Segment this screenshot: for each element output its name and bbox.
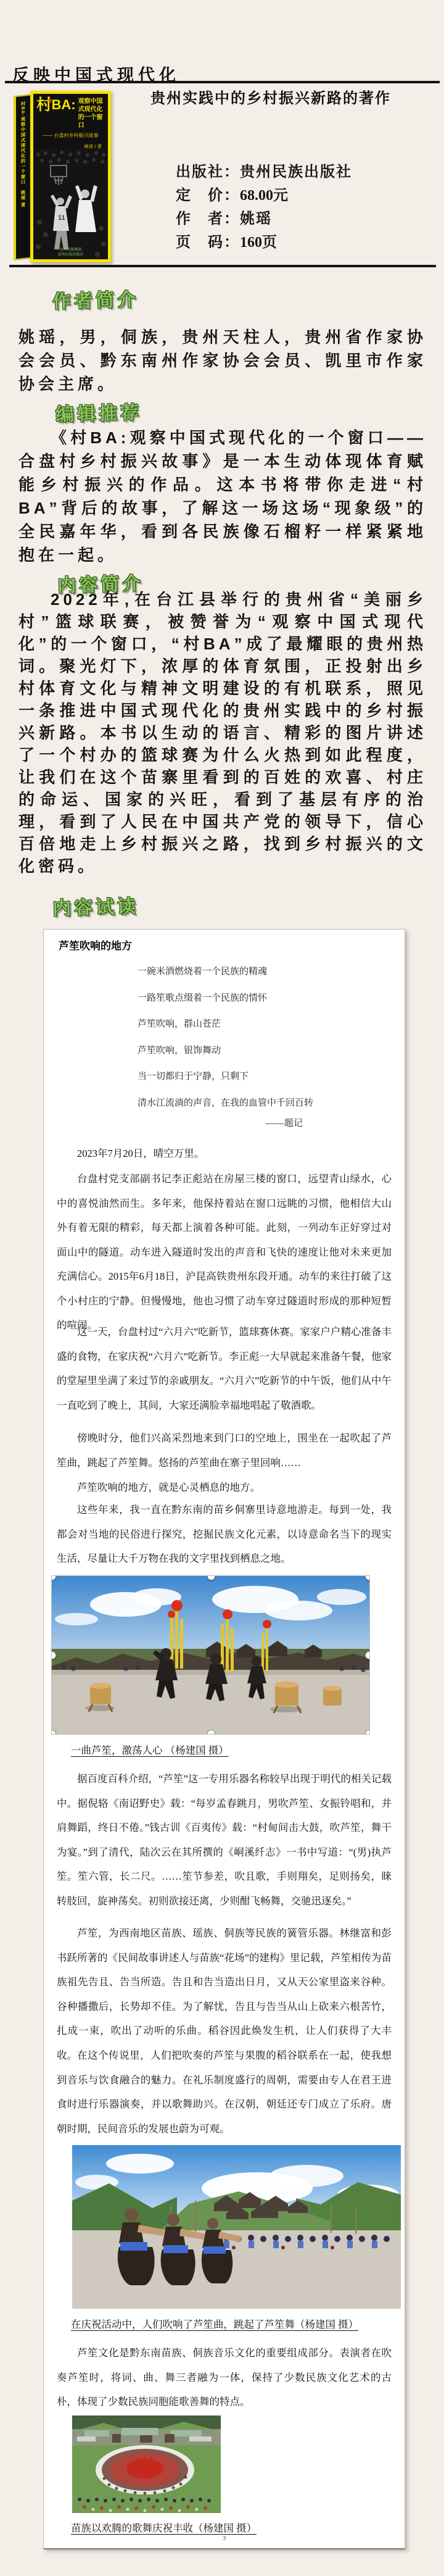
author-intro-text: 姚瑶，男，侗族，贵州天柱人，贵州省作家协会会员、黔东南州作家协会会员、凯里市作家… (18, 325, 427, 396)
publisher-logo: 贵州出版集团 贵州民族出版社 (33, 248, 108, 257)
cover-basketball-photo: 11 贵州出版集团 贵州民族出版社 (33, 148, 108, 259)
photo-caption-3: 苗族以欢腾的歌舞庆祝丰收（杨建国 摄） (71, 2520, 257, 2535)
resize-handle-bottom-right[interactable] (365, 1730, 370, 1735)
poem-line: 一路笙歌点缀着一个民族的情怀 (138, 985, 313, 1012)
excerpt-paragraph: 芦笙吹响的地方，就是心灵栖息的地方。 (57, 1475, 392, 1500)
title-divider (5, 81, 440, 83)
excerpt-poem: 一碗米酒燃烧着一个民族的精魂 一路笙歌点缀着一个民族的情怀 芦笙吹响，群山苍茫 … (138, 959, 313, 1116)
poem-line: 一碗米酒燃烧着一个民族的精魂 (138, 959, 313, 985)
info-row-pages: 页 码： 160页 (176, 228, 352, 252)
info-row-author: 作 者： 姚瑶 (176, 205, 352, 228)
poem-line: 当一切都归于宁静，只剩下 (138, 1064, 313, 1090)
poem-line: 清水江流淌的声音，在我的血管中千回百转 (138, 1090, 313, 1117)
info-row-publisher: 出版社： 贵州民族出版社 (176, 158, 352, 181)
section-header-excerpt: 内容试读 (52, 891, 139, 920)
excerpt-paragraph: 芦笙文化是黔东南苗族、侗族音乐文化的重要组成部分。表演者在吹奏芦笙时，将词、曲、… (57, 2341, 392, 2414)
resize-handle-middle-right[interactable] (365, 1651, 370, 1659)
poem-line: 芦笙吹响，银饰舞动 (138, 1038, 313, 1064)
excerpt-title: 芦笙吹响的地方 (59, 937, 132, 952)
excerpt-document-page: 芦笙吹响的地方 一碗米酒燃烧着一个民族的精魂 一路笙歌点缀着一个民族的情怀 芦笙… (43, 929, 405, 2549)
section-header-editor-recommend: 编辑推荐 (55, 397, 142, 427)
article-page: 反映中国式现代化 贵州实践中的乡村振兴新路的著作 村BA·观察中国式现代化的一个… (0, 0, 444, 2576)
excerpt-paragraph: 这一天，台盘村过“六月六”吃新节，篮球赛休赛。家家户户精心准备丰盛的食物，在家庆… (57, 1320, 392, 1417)
excerpt-paragraph: 据百度百科介绍，“芦笙”这一专用乐器名称较早出现于明代的相关记载中。据倪辂《南诏… (57, 1767, 392, 1913)
photo-caption-1: 一曲芦笙，激荡人心 （杨建国 摄） (71, 1742, 229, 1757)
page-subtitle: 贵州实践中的乡村振兴新路的著作 (150, 86, 391, 107)
cover-subtitle: —— 台盘村乡村振兴故事 (33, 132, 108, 139)
info-row-price: 定 价： 68.00元 (176, 181, 352, 205)
cover-logo: 村 BA: 观察中国式现代化 的一个窗口 (33, 94, 108, 130)
excerpt-paragraph: 2023年7月20日，晴空万里。 (57, 1141, 392, 1166)
jersey-number: 11 (58, 214, 65, 222)
content-intro-text: 2022年,在台江县举行的贵州省“美丽乡村”篮球联赛，被赞誉为“观察中国式现代化… (18, 588, 427, 877)
excerpt-paragraph: 台盘村党支部副书记李正彪站在房屋三楼的窗口，远望青山绿水，心中的喜悦油然而生。多… (57, 1167, 392, 1338)
book-cover: 村BA·观察中国式现代化的一个窗口 姚瑶 著 村 BA: 观察中国式现代化 的一… (14, 91, 111, 262)
resize-handle-bottom-center[interactable] (207, 1730, 215, 1735)
poem-line: 芦笙吹响，群山苍茫 (138, 1011, 313, 1038)
excerpt-paragraph: 这些年来，我一直在黔东南的苗乡侗寨里诗意地游走。每到一处，我都会对当地的民俗进行… (57, 1498, 392, 1571)
photo-plaza-dance[interactable] (72, 2145, 401, 2309)
editor-recommend-text: 《村BA:观察中国式现代化的一个窗口——合盘村乡村振兴故事》是一本生动体现体育赋… (18, 426, 427, 567)
book-front-cover: 村 BA: 观察中国式现代化 的一个窗口 —— 台盘村乡村振兴故事 姚瑶 / 著 (30, 91, 111, 262)
cover-logo-ba: BA: (51, 98, 75, 112)
photo-aerial-festival[interactable] (72, 2416, 221, 2513)
book-spine-text: 村BA·观察中国式现代化的一个窗口 姚瑶 著 (16, 96, 27, 250)
excerpt-paragraph: 在这个传说里，人们把吹奏的芦笙与果腹的稻谷联系在一起，使我想到音乐与饮食融合的魅… (57, 2043, 392, 2141)
section-header-author-intro: 作者简介 (52, 284, 139, 314)
photo-caption-2: 在庆祝活动中，人们吹响了芦笙曲，跳起了芦笙舞（杨建国 摄） (71, 2316, 358, 2331)
poem-epigraph: ——题记 (266, 1116, 303, 1129)
photo-lusheng-players[interactable] (51, 1575, 370, 1735)
section-divider (9, 265, 436, 267)
document-page-number: 3 (44, 2535, 405, 2542)
excerpt-paragraph: 傍晚时分，他们兴高采烈地来到门口的空地上，围坐在一起吹起了芦笙曲，跳起了芦笙舞。… (57, 1426, 392, 1475)
cover-title: 观察中国式现代化 的一个窗口 (78, 98, 105, 130)
book-info-list: 出版社： 贵州民族出版社 定 价： 68.00元 作 者： 姚瑶 页 码： 16… (176, 158, 352, 252)
